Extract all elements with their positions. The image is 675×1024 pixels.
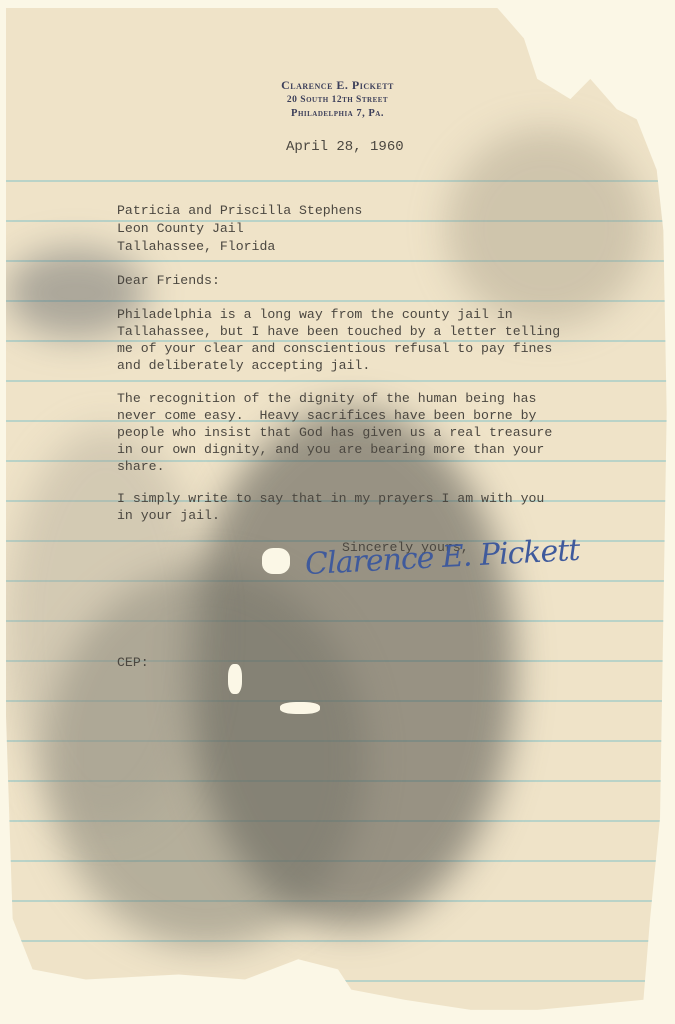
- paragraph-2-line-1: The recognition of the dignity of the hu…: [117, 390, 536, 408]
- recipient-line-2: Leon County Jail: [117, 220, 244, 238]
- initials: CEP:: [117, 654, 149, 672]
- paragraph-2-line-3: people who insist that God has given us …: [117, 424, 552, 442]
- paragraph-1-line-3: me of your clear and conscientious refus…: [117, 340, 552, 358]
- paper-hole: [228, 664, 242, 694]
- paragraph-3-line-1: I simply write to say that in my prayers…: [117, 490, 544, 508]
- letter-paper: [6, 8, 670, 1020]
- paragraph-1-line-2: Tallahassee, but I have been touched by …: [117, 323, 560, 341]
- paragraph-1-line-1: Philadelphia is a long way from the coun…: [117, 306, 513, 324]
- letterhead-street: 20 South 12th Street: [0, 95, 675, 105]
- letter-date: April 28, 1960: [286, 138, 404, 156]
- letterhead-city: Philadelphia 7, Pa.: [0, 108, 675, 119]
- paragraph-2-line-4: in our own dignity, and you are bearing …: [117, 441, 544, 459]
- paragraph-3-line-2: in your jail.: [117, 507, 220, 525]
- salutation: Dear Friends:: [117, 272, 220, 290]
- paper-hole: [280, 702, 320, 714]
- paragraph-1-line-4: and deliberately accepting jail.: [117, 357, 370, 375]
- recipient-line-3: Tallahassee, Florida: [117, 238, 275, 256]
- paragraph-2-line-5: share.: [117, 458, 164, 476]
- paper-hole: [262, 548, 290, 574]
- paragraph-2-line-2: never come easy. Heavy sacrifices have b…: [117, 407, 536, 425]
- recipient-line-1: Patricia and Priscilla Stephens: [117, 202, 362, 220]
- letterhead-name: Clarence E. Pickett: [0, 78, 675, 93]
